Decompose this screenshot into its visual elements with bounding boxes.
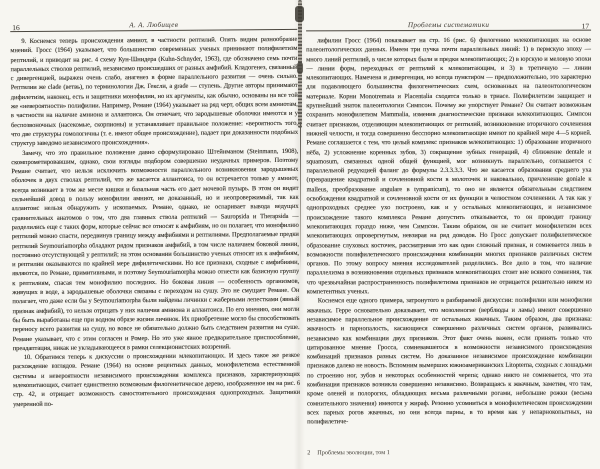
right-page-body: лифилии Гросс (1964) показывает на стр. … <box>306 36 592 431</box>
right-page-header: Проблемы систематики 17 <box>306 17 591 32</box>
signature-line: 2Проблемы эволюции, том 1 <box>307 447 390 456</box>
right-page: Проблемы систематики 17 лифилии Гросс (1… <box>306 0 592 469</box>
binding-mark <box>297 62 303 74</box>
left-page: 16 А. А. Любищев 9. Коснемся теперь прои… <box>10 0 301 469</box>
left-page-header: 16 А. А. Любищев <box>10 16 297 32</box>
paragraph: лифилии Гросс (1964) показывает на стр. … <box>306 36 592 297</box>
book-scan: 16 А. А. Любищев 9. Коснемся теперь прои… <box>0 0 600 469</box>
paragraph: 10. Обратимся теперь к дискуссии о проис… <box>13 351 300 409</box>
gutter-fold-line <box>300 122 301 272</box>
left-running-title: А. А. Любищев <box>10 20 297 30</box>
right-running-title: Проблемы систематики <box>306 21 591 30</box>
signature-title: Проблемы эволюции, том 1 <box>317 449 390 456</box>
paragraph: Коснемся еще одного примера, затронутого… <box>307 296 592 427</box>
left-page-body: 9. Коснемся теперь происхождения амниот,… <box>10 35 300 461</box>
paragraph: 9. Коснемся теперь происхождения амниот,… <box>10 35 298 149</box>
paragraph: Замечу, что это правильное положение дав… <box>11 146 300 353</box>
binding-stitch-icon <box>298 0 302 128</box>
signature-number: 2 <box>307 449 310 456</box>
right-page-number: 17 <box>582 22 590 31</box>
